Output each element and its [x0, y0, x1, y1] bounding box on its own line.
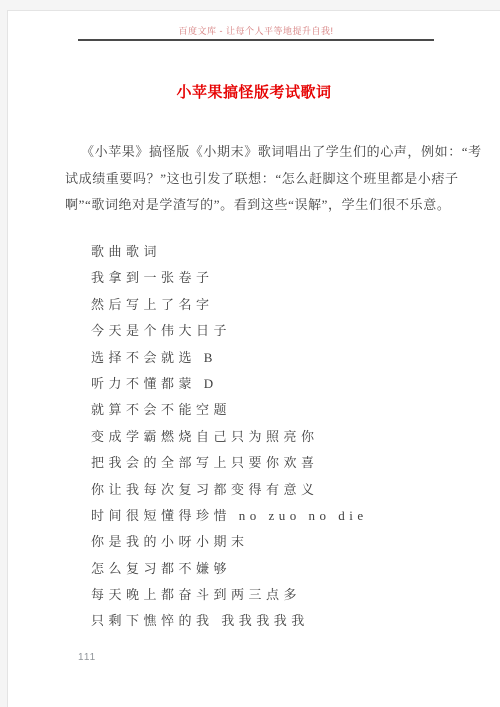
lyric-line: 怎么复习都不嫌够 [91, 556, 368, 582]
lyric-line: 歌曲歌词 [91, 239, 368, 265]
lyric-line: 把我会的全部写上只要你欢喜 [91, 450, 368, 476]
document-page: 百度文库 - 让每个人平等地提升自我! 小苹果搞怪版考试歌词 《小苹果》搞怪版《… [7, 10, 500, 707]
lyrics-block: 歌曲歌词 我拿到一张卷子 然后写上了名字 今天是个伟大日子 选择不会就选 B 听… [91, 239, 368, 635]
lyric-line: 你让我每次复习都变得有意义 [91, 477, 368, 503]
lyric-line: 时间很短懂得珍惜 no zuo no die [91, 503, 368, 529]
intro-line: 试成绩重要吗？”这也引发了联想：“怎么赶脚这个班里都是小痞子 [65, 166, 443, 193]
intro-paragraph: 《小苹果》搞怪版《小期末》歌词唱出了学生们的心声，例如：“考 试成绩重要吗？”这… [65, 139, 443, 219]
doc-title: 小苹果搞怪版考试歌词 [8, 83, 500, 103]
lyric-line: 然后写上了名字 [91, 292, 368, 318]
lyric-line: 我拿到一张卷子 [91, 265, 368, 291]
intro-line: 《小苹果》搞怪版《小期末》歌词唱出了学生们的心声，例如：“考 [65, 139, 443, 166]
lyric-line: 只剩下憔悴的我 我我我我我 [91, 608, 368, 634]
lyric-line: 听力不懂都蒙 D [91, 371, 368, 397]
intro-line: 啊”“歌词绝对是学渣写的”。看到这些“误解”，学生们很不乐意。 [65, 192, 443, 219]
lyric-line: 每天晚上都奋斗到两三点多 [91, 582, 368, 608]
wenku-header-rule: 百度文库 - 让每个人平等地提升自我! [78, 24, 434, 41]
wenku-slogan: 百度文库 - 让每个人平等地提升自我! [179, 26, 334, 36]
lyric-line: 选择不会就选 B [91, 345, 368, 371]
lyric-line: 就算不会不能空题 [91, 397, 368, 423]
page-number: 111 [78, 652, 96, 663]
lyric-line: 变成学霸燃烧自己只为照亮你 [91, 424, 368, 450]
lyric-line: 你是我的小呀小期末 [91, 529, 368, 555]
lyric-line: 今天是个伟大日子 [91, 318, 368, 344]
